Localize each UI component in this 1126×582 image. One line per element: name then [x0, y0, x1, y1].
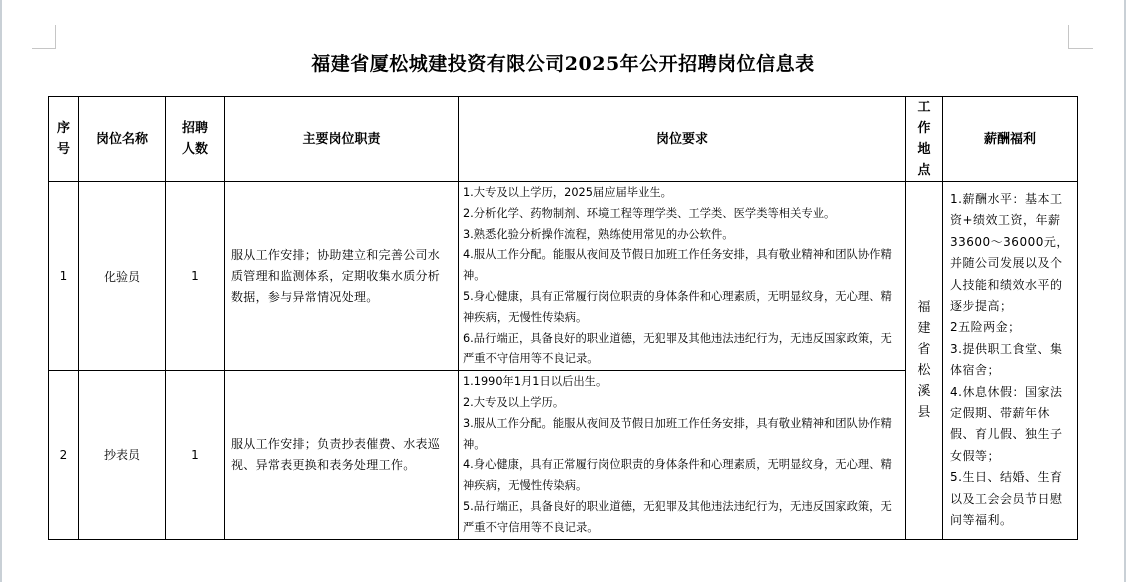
requirement-item: 3.服从工作分配。能服从夜间及节假日加班工作任务安排，具有敬业精神和团队协作精神… — [463, 414, 901, 456]
cell-location: 福 建 省 松 溪 县 — [906, 182, 943, 540]
requirement-item: 2.大专及以上学历。 — [463, 393, 901, 414]
cell-count: 1 — [166, 371, 225, 539]
header-location-char: 地 — [906, 139, 942, 160]
margin-corner-mark-top-left — [32, 25, 56, 49]
cell-duties: 服从工作安排；负责抄表催费、水表巡视、异常表更换和表务处理工作。 — [225, 371, 459, 539]
requirement-item: 5.身心健康，具有正常履行岗位职责的身体条件和心理素质，无明显纹身，无心理、精神… — [463, 287, 901, 329]
cell-position: 抄表员 — [79, 371, 166, 539]
benefit-item: 1.薪酬水平：基本工资+绩效工资，年薪33600～36000元，并随公司发展以及… — [950, 189, 1070, 317]
benefit-item: 5.生日、结婚、生育以及工会会员节日慰问等福利。 — [950, 467, 1070, 531]
requirement-item: 2.分析化学、药物制剂、环境工程等理学类、工学类、医学类等相关专业。 — [463, 204, 901, 225]
location-char: 建 — [906, 318, 942, 339]
document-title: 福建省厦松城建投资有限公司2025年公开招聘岗位信息表 — [0, 49, 1126, 76]
header-location-char: 作 — [906, 118, 942, 139]
margin-corner-mark-top-right — [1068, 25, 1093, 49]
cell-requirements: 1.大专及以上学历，2025届应届毕业生。 2.分析化学、药物制剂、环境工程等理… — [459, 182, 906, 371]
location-char: 福 — [906, 297, 942, 318]
cell-seq: 1 — [49, 182, 79, 371]
cell-seq: 2 — [49, 371, 79, 539]
header-location: 工 作 地 点 — [906, 97, 943, 182]
requirement-item: 1.1990年1月1日以后出生。 — [463, 372, 901, 393]
benefit-item: 2五险两金； — [950, 317, 1070, 338]
location-char: 县 — [906, 402, 942, 423]
requirement-item: 1.大专及以上学历，2025届应届毕业生。 — [463, 183, 901, 204]
requirement-item: 6.品行端正，具备良好的职业道德，无犯罪及其他违法违纪行为，无违反国家政策，无严… — [463, 329, 901, 371]
cell-benefits: 1.薪酬水平：基本工资+绩效工资，年薪33600～36000元，并随公司发展以及… — [943, 182, 1078, 540]
cell-count: 1 — [166, 182, 225, 371]
location-char: 溪 — [906, 381, 942, 402]
header-seq-char: 序 — [49, 118, 78, 139]
header-position: 岗位名称 — [79, 97, 166, 182]
requirement-item: 4.身心健康，具有正常履行岗位职责的身体条件和心理素质，无明显纹身，无心理、精神… — [463, 455, 901, 497]
benefit-item: 3.提供职工食堂、集体宿舍； — [950, 339, 1070, 382]
header-requirements: 岗位要求 — [459, 97, 906, 182]
cell-position: 化验员 — [79, 182, 166, 371]
benefit-item: 4.休息休假：国家法定假期、带薪年休假、育儿假、独生子女假等； — [950, 382, 1070, 468]
page-left-edge — [0, 0, 2, 582]
header-count-line: 招聘 — [166, 118, 224, 139]
header-count-line: 人数 — [166, 139, 224, 160]
cell-requirements: 1.1990年1月1日以后出生。 2.大专及以上学历。 3.服从工作分配。能服从… — [459, 371, 906, 539]
location-char: 省 — [906, 339, 942, 360]
header-location-char: 工 — [906, 97, 942, 118]
requirement-item: 3.熟悉化验分析操作流程，熟练使用常见的办公软件。 — [463, 225, 901, 246]
table-row: 1 化验员 1 服从工作安排；协助建立和完善公司水质管理和监测体系，定期收集水质… — [49, 182, 1078, 371]
header-location-char: 点 — [906, 160, 942, 181]
location-char: 松 — [906, 360, 942, 381]
job-positions-table: 序 号 岗位名称 招聘 人数 主要岗位职责 岗位要求 工 作 地 点 薪酬福利 … — [48, 96, 1078, 540]
header-benefits: 薪酬福利 — [943, 97, 1078, 182]
requirement-item: 4.服从工作分配。能服从夜间及节假日加班工作任务安排，具有敬业精神和团队协作精神… — [463, 245, 901, 287]
header-seq-char: 号 — [49, 139, 78, 160]
header-row: 序 号 岗位名称 招聘 人数 主要岗位职责 岗位要求 工 作 地 点 薪酬福利 — [49, 97, 1078, 182]
cell-duties: 服从工作安排；协助建立和完善公司水质管理和监测体系，定期收集水质分析数据，参与异… — [225, 182, 459, 371]
header-seq: 序 号 — [49, 97, 79, 182]
requirement-item: 5.品行端正，具备良好的职业道德，无犯罪及其他违法违纪行为，无违反国家政策，无严… — [463, 497, 901, 539]
header-count: 招聘 人数 — [166, 97, 225, 182]
header-duties: 主要岗位职责 — [225, 97, 459, 182]
